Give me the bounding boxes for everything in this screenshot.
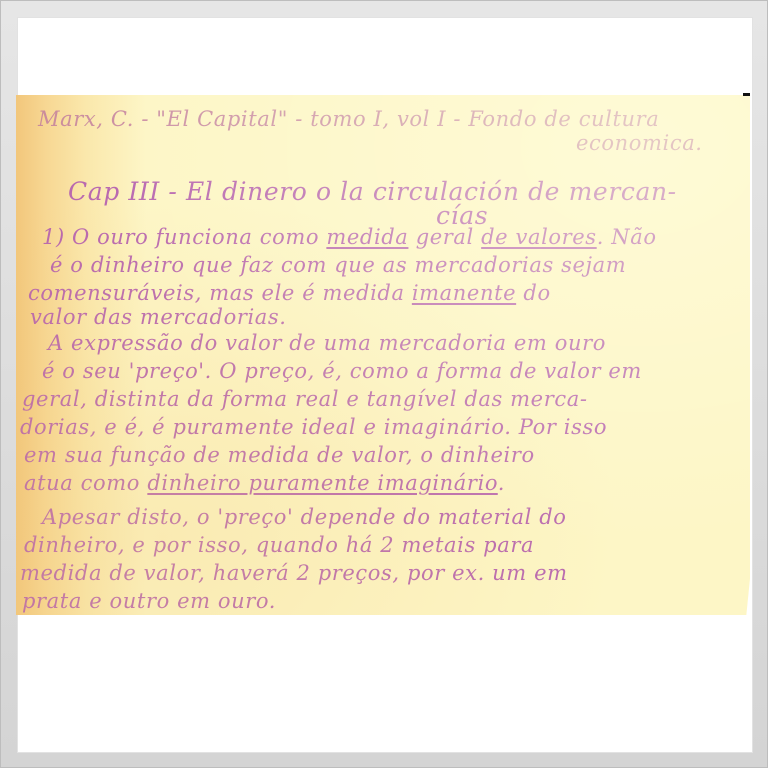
body-line-5: A expressão do valor de uma mercadoria e… (48, 331, 606, 355)
body-line-4: valor das mercadorias. (30, 305, 287, 329)
body-line-9: em sua função de medida de valor, o dinh… (24, 443, 535, 467)
body-line-12: dinheiro, e por isso, quando há 2 metais… (24, 533, 534, 557)
scan-edge-mark (743, 93, 750, 96)
underlined-term-imanente: imanente (412, 281, 516, 305)
body-text: do (516, 281, 551, 305)
chapter-title-line-1: Cap III - El dinero o la circulación de … (68, 177, 677, 206)
body-line-3: comensuráveis, mas ele é medida imanente… (28, 281, 551, 305)
body-line-11: Apesar disto, o 'preço' depende do mater… (42, 505, 567, 529)
note-card: Marx, C. - "El Capital" - tomo I, vol I … (16, 95, 750, 615)
body-line-10: atua como dinheiro puramente imaginário. (24, 471, 505, 495)
body-text: atua como (24, 471, 147, 495)
body-line-14: prata e outro em ouro. (22, 589, 276, 613)
body-line-2: é o dinheiro que faz com que as mercador… (50, 253, 626, 277)
body-line-1: 1) O ouro funciona como medida geral de … (42, 225, 657, 249)
body-text: 1) O ouro funciona como (42, 225, 326, 249)
body-text: comensuráveis, mas ele é medida (28, 281, 412, 305)
body-line-6: é o seu 'preço'. O preço, é, como a form… (42, 359, 642, 383)
underlined-phrase-dinheiro-imaginario: dinheiro puramente imaginário (147, 471, 497, 495)
body-text: geral (408, 225, 481, 249)
underlined-term-medida: medida (326, 225, 408, 249)
body-text: . Não (597, 225, 657, 249)
citation-line-1: Marx, C. - "El Capital" - tomo I, vol I … (38, 107, 659, 131)
body-line-7: geral, distinta da forma real e tangível… (22, 387, 588, 411)
body-line-8: dorias, e é, é puramente ideal e imaginá… (20, 415, 607, 439)
underlined-term-de-valores: de valores (481, 225, 597, 249)
citation-line-2: economica. (576, 131, 703, 155)
body-text: . (498, 471, 505, 495)
body-line-13: medida de valor, haverá 2 preços, por ex… (20, 561, 568, 585)
